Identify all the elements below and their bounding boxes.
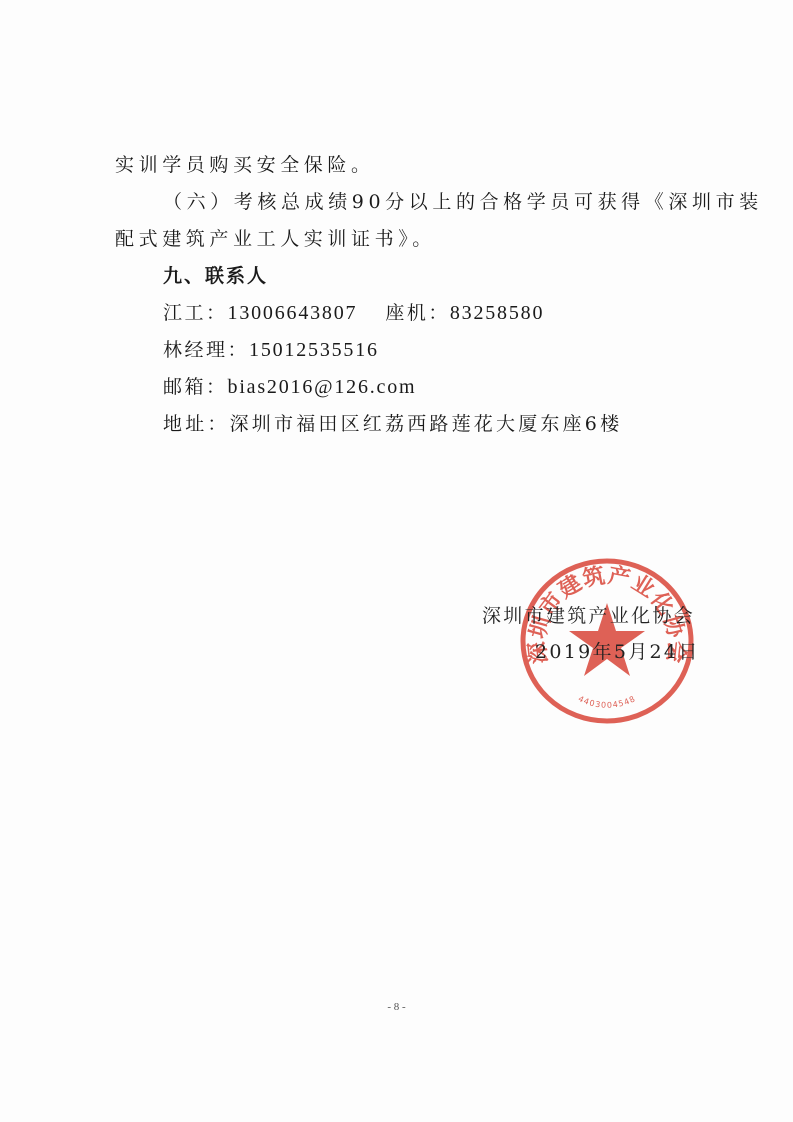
contact-address-label: 地址： [163, 413, 230, 435]
contact-email: 邮箱：bias2016@126.com [163, 375, 416, 399]
section-heading-contacts: 九、联系人 [163, 264, 268, 288]
paragraph-line-2: （六）考核总成绩90分以上的合格学员可获得《深圳市装 [163, 190, 763, 214]
signature-date: 2019年5月24日 [535, 637, 700, 664]
contact-jiang-label: 江工： [163, 302, 228, 324]
contact-lin-mobile: 15012535516 [249, 339, 379, 361]
page-number: - 8 - [0, 1001, 793, 1013]
signature-organization: 深圳市建筑产业化协会 [482, 601, 695, 628]
paragraph-line-1: 实训学员购买安全保险。 [115, 153, 375, 177]
contact-landline-label: 座机： [385, 302, 450, 324]
svg-text:4403004548: 4403004548 [577, 694, 637, 710]
contact-lin-label: 林经理： [163, 339, 249, 361]
contact-email-label: 邮箱： [163, 376, 228, 398]
contact-email-value: bias2016@126.com [228, 376, 417, 398]
contact-landline: 83258580 [450, 302, 544, 324]
seal-code: 4403004548 [577, 694, 637, 710]
contact-address: 地址：深圳市福田区红荔西路莲花大厦东座6楼 [163, 412, 622, 436]
document-page: 实训学员购买安全保险。 （六）考核总成绩90分以上的合格学员可获得《深圳市装 配… [0, 0, 793, 1122]
contact-jiang: 江工：13006643807座机：83258580 [163, 301, 544, 325]
contact-lin: 林经理：15012535516 [163, 338, 379, 362]
contact-jiang-mobile: 13006643807 [228, 302, 358, 324]
paragraph-line-3: 配式建筑产业工人实训证书》。 [115, 227, 436, 251]
contact-address-value: 深圳市福田区红荔西路莲花大厦东座6楼 [230, 413, 623, 435]
